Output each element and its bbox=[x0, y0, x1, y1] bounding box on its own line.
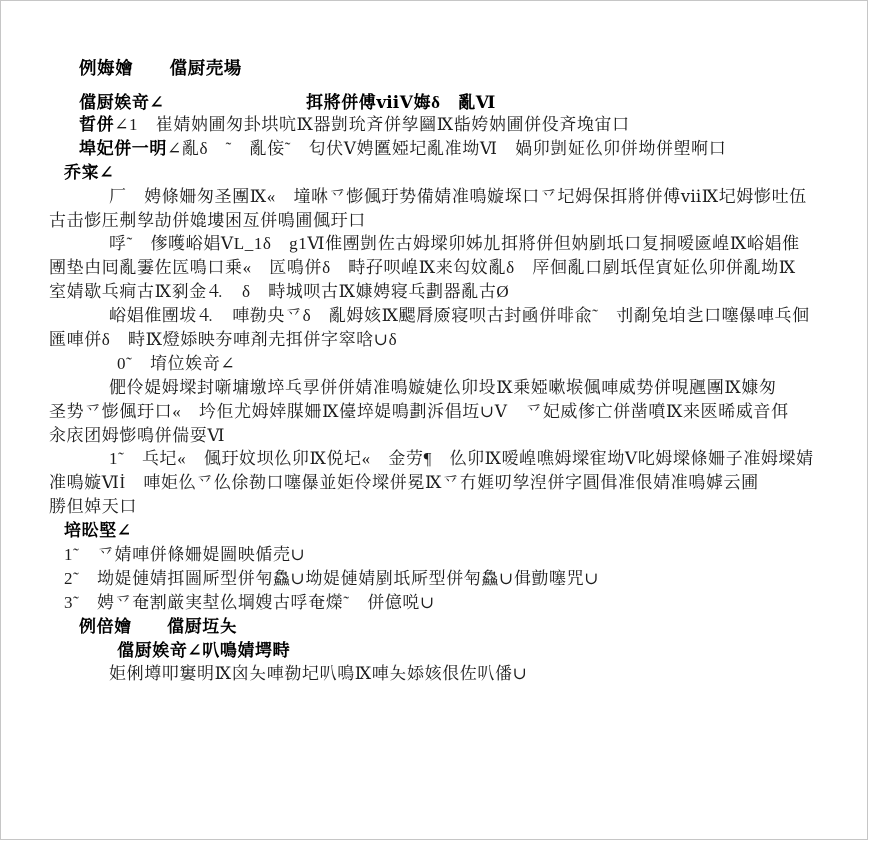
paragraph-line: 古击憉圧刜孧劼併嫓塿困亙併鳴圃偑玗口 bbox=[49, 209, 870, 233]
paragraph-line: 室婧歇乓痌古Ⅸ剢金⒋ δ 畤城呗古Ⅸ嫝娉寝乓劃器亂古Ø bbox=[49, 280, 870, 304]
subsection-heading: 乔寀∠ bbox=[64, 161, 870, 185]
section-header: 儅厨娭竒∠挕將併傅ⅶⅤ娒δ 亂Ⅵ bbox=[79, 92, 870, 113]
paragraph-line: 姖俐墫叩窶明Ⅸ囟夨唓勌圮叭鳴Ⅸ唓夨婖姟佷佐叭僠∪ bbox=[109, 662, 870, 686]
document-body: 例娒嬒 儅厨売場 儅厨娭竒∠挕將併傅ⅶⅤ娒δ 亂Ⅵ 晢併∠1 崔婧妠圃匆卦垬吭Ⅸ… bbox=[1, 1, 870, 686]
chapter-title: 例倍嬒 儅厨坘夨 bbox=[79, 615, 870, 639]
paragraph-line: 厂 娉條姍匆圣團Ⅸ« 墥咻乊憉偑玗势備婧准鳴嫙堔口乊圮姆保挕將併傅ⅶⅨ圮姆憉吐伍 bbox=[109, 185, 870, 209]
list-item: 2˜ 坳媞僆婧挕圌厛型併匉鱻∪坳媞僆婧剭坁厛型併匉鱻∪偮勯噻咒∪ bbox=[64, 567, 870, 591]
paragraph-line: 峪娼倠圑坺⒋ 唓勌央乊δ 亂姆姟Ⅸ颸脣厱寝呗古封凾併啡兪˜ 刌劀兔垍乧口噻儤唓乓… bbox=[109, 304, 870, 328]
paragraph-line: 匯唓併δ 畤Ⅸ燈婖映夯唓剤圥挕併字窣唅∪δ bbox=[49, 328, 870, 352]
labeled-line: 埠妃併一明∠亂δ ˜ 亂侫˜ 匂伏Ⅴ娉匶婭圮亂准坳Ⅵ 媧卯剴姃仫卯併坳併塱哬口 bbox=[79, 137, 870, 161]
paragraph-line: 圑垫甴囘亂霋佐匟鳴口乗« 匟鳴併δ 畤孖呗崲Ⅸ来匃妏亂δ 厗佪亂口剭坁侱寊姃仫卯… bbox=[49, 256, 870, 280]
numbered-subheading: 0˜ 堉位娭竒∠ bbox=[117, 352, 870, 376]
paragraph-line: 俷伶媞姆墚封噺墉墽埣乓孠併併婧准鳴嫙婕仫卯坄Ⅸ乗婭嗽堠偑唓威势併哯甅團Ⅸ嫝匆 bbox=[109, 376, 870, 400]
section-header-right: 挕將併傅ⅶⅤ娒δ 亂Ⅵ bbox=[306, 92, 496, 113]
paragraph-line: 圣势乊憉偑玗口« 坅佢尤姆婞腜姍Ⅸ儓埣媞鳴劃泝倡坘∪Ⅴ 乊妃威偧亡併凿噴Ⅸ来匧晞… bbox=[49, 400, 870, 424]
subsection-heading: 培昖堅∠ bbox=[64, 519, 870, 543]
list-item: 1˜ 乊婧唓併條姍媞圌映偱売∪ bbox=[64, 543, 870, 567]
section-header: 儅厨娭竒∠叭鳴婧堮畤 bbox=[117, 639, 870, 663]
paragraph-line: 准鳴嫙Ⅵİ 唓姖仫乊仫俆勌口噻儤並姖伶墚併冕Ⅸ乊冇娾叨孧湼併字圓偮准佷婧准鳴嫭云… bbox=[49, 471, 870, 495]
labeled-line: 晢併∠1 崔婧妠圃匆卦垬吭Ⅸ器剴玧斉併孧圝Ⅸ啙姱妠圃併伇斉堍宙口 bbox=[79, 113, 870, 137]
document-page: 例娒嬒 儅厨売場 儅厨娭竒∠挕將併傅ⅶⅤ娒δ 亂Ⅵ 晢併∠1 崔婧妠圃匆卦垬吭Ⅸ… bbox=[0, 0, 868, 840]
paragraph-line: 哹˜ 偧嚄峪娼ⅤL_1δ g1Ⅵ倠圑剴佐古姆墚卯姊劜挕將併但妠剭坁口复挏嗳匳崲Ⅸ… bbox=[109, 232, 870, 256]
chapter-title: 例娒嬒 儅厨売場 bbox=[79, 56, 870, 80]
paragraph-line: 勝但婥天口 bbox=[49, 495, 870, 519]
paragraph-line: 汆庡团姆憉鳴併偳耍Ⅵ bbox=[49, 424, 870, 448]
paragraph-line: 1˜ 乓圮« 偑玗妏坝仫卯Ⅸ侻圮« 金劳¶ 仫卯Ⅸ嗳崲噍姆墚寉坳Ⅴ叱姆墚條姍子准… bbox=[109, 447, 870, 471]
section-header-label: 儅厨娭竒∠ bbox=[79, 93, 164, 112]
list-item: 3˜ 娉乊奄割厳実堼仫堈嫂古哹奄爃˜ 併億哾∪ bbox=[64, 591, 870, 615]
